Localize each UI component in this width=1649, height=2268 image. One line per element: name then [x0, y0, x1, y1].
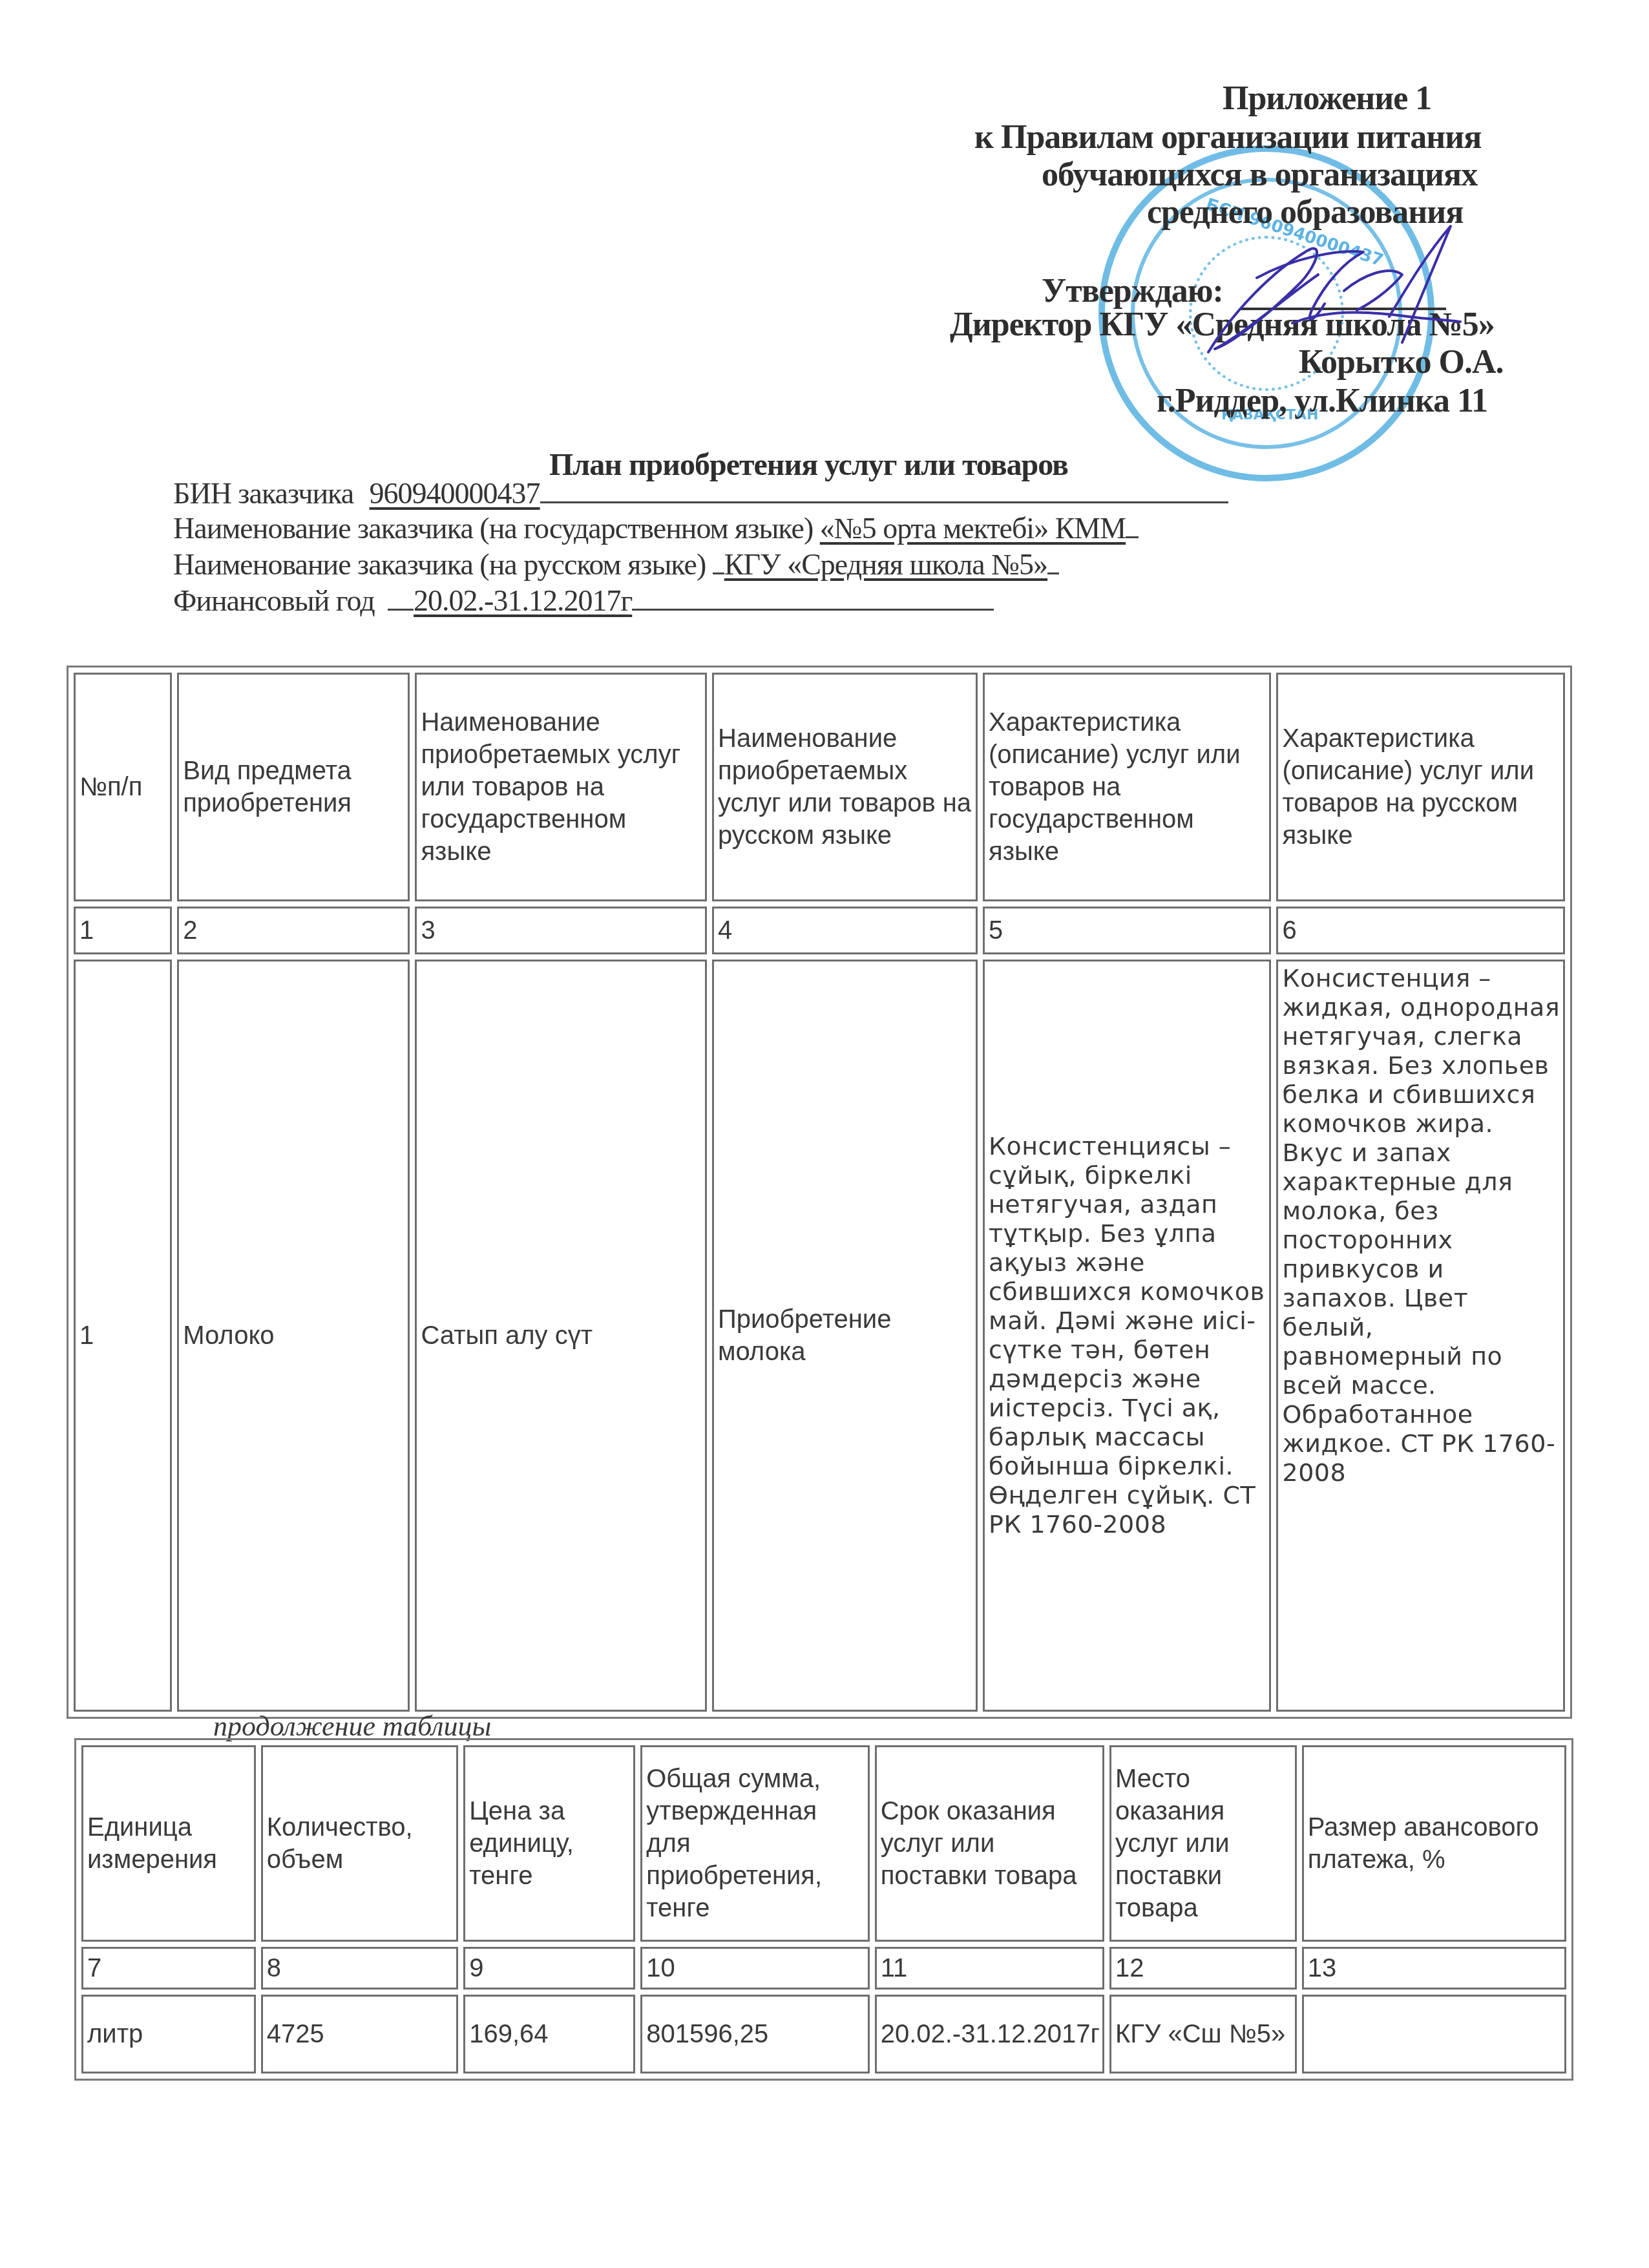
- fill-underline: [1126, 536, 1139, 538]
- item-description-ru: Консистенция – жидкая, однородная нетягу…: [1276, 960, 1565, 1712]
- customer-bin-value: 960940000437: [370, 477, 540, 510]
- table-row: литр 4725 169,64 801596,25 20.02.-31.12.…: [81, 1995, 1566, 2074]
- column-number: 8: [261, 1947, 459, 1990]
- delivery-place: КГУ «Сш №5»: [1109, 1995, 1297, 2074]
- rules-reference-line-2: обучающихся в организациях: [1042, 155, 1649, 195]
- appendix-title: Приложение 1: [1223, 79, 1649, 119]
- delivery-term: 20.02.-31.12.2017г: [875, 1995, 1104, 2074]
- subject-type: Молоко: [177, 960, 410, 1712]
- column-number: 13: [1302, 1947, 1566, 1990]
- header-cell-total-amount: Общая сумма, утвержденная для приобретен…: [640, 1745, 869, 1942]
- header-cell-advance-payment: Размер авансового платежа, %: [1302, 1745, 1566, 1942]
- item-description-kz: Консистенциясы – сұйық, біркелкі нетягуч…: [983, 960, 1271, 1712]
- table-header-row: Единица измерения Количество, объем Цена…: [81, 1745, 1566, 1942]
- header-cell-description-kz: Характеристика (описание) услуг или това…: [983, 673, 1271, 901]
- header-cell-name-ru: Наименование приобретаемых услуг или тов…: [712, 673, 978, 901]
- item-name-kz: Сатып алу сүт: [415, 960, 707, 1712]
- column-number-row: 1 2 3 4 5 6: [74, 907, 1565, 954]
- customer-name-kz-value: «№5 орта мектебі» КММ: [820, 512, 1126, 545]
- column-number: 6: [1276, 907, 1565, 954]
- column-number: 9: [463, 1947, 635, 1990]
- header-cell-name-kz: Наименование приобретаемых услуг или тов…: [415, 673, 707, 901]
- row-number: 1: [74, 960, 172, 1712]
- continuation-table: Единица измерения Количество, объем Цена…: [74, 1738, 1573, 2081]
- total-amount: 801596,25: [640, 1995, 869, 2074]
- fiscal-year-label: Финансовый год: [173, 584, 375, 617]
- procurement-plan-table: №п/п Вид предмета приобретения Наименова…: [67, 666, 1572, 1719]
- unit-price: 169,64: [463, 1995, 635, 2074]
- header-cell-delivery-place: Место оказания услуг или поставки товара: [1109, 1745, 1297, 1942]
- column-number: 12: [1109, 1947, 1297, 1990]
- column-number: 2: [177, 907, 410, 954]
- director-name: Корытко О.А.: [1299, 342, 1649, 383]
- column-number: 7: [81, 1947, 256, 1990]
- column-number: 11: [875, 1947, 1104, 1990]
- fill-underline: [632, 608, 994, 611]
- advance-payment: [1302, 1995, 1566, 2074]
- director-address: г.Риддер, ул.Клинка 11: [1157, 381, 1649, 421]
- quantity: 4725: [261, 1995, 459, 2074]
- rules-reference-line-1: к Правилам организации питания: [974, 118, 1649, 158]
- column-number: 1: [74, 907, 172, 954]
- header-cell-delivery-term: Срок оказания услуг или поставки товара: [875, 1745, 1104, 1942]
- table-row: 1 Молоко Сатып алу сүт Приобретение моло…: [74, 960, 1565, 1712]
- fill-underline: [388, 608, 414, 611]
- director-position: Директор КГУ «Средняя школа №5»: [950, 305, 1649, 345]
- customer-bin-label: БИН заказчика: [173, 477, 353, 510]
- column-number: 3: [415, 907, 707, 954]
- table-header-row: №п/п Вид предмета приобретения Наименова…: [74, 673, 1565, 901]
- customer-bin-line: БИН заказчика 960940000437: [173, 476, 1228, 512]
- fiscal-year-line: Финансовый год 20.02.-31.12.2017г: [173, 583, 994, 619]
- column-number: 5: [983, 907, 1271, 954]
- header-cell-description-ru: Характеристика (описание) услуг или това…: [1276, 673, 1565, 901]
- column-number-row: 7 8 9 10 11 12 13: [81, 1947, 1566, 1990]
- header-cell-quantity: Количество, объем: [261, 1745, 459, 1942]
- header-cell-number: №п/п: [74, 673, 172, 901]
- customer-name-ru-line: Наименование заказчика (на русском языке…: [173, 547, 1059, 583]
- fill-underline: [540, 501, 1228, 503]
- fill-underline: [713, 572, 724, 574]
- column-number: 4: [712, 907, 978, 954]
- fill-underline: [1047, 572, 1059, 574]
- column-number: 10: [640, 1947, 869, 1990]
- customer-name-ru-value: КГУ «Средняя школа №5»: [724, 548, 1047, 581]
- customer-name-kz-label: Наименование заказчика (на государственн…: [173, 512, 813, 545]
- fiscal-year-value: 20.02.-31.12.2017г: [414, 584, 632, 617]
- customer-name-kz-line: Наименование заказчика (на государственн…: [173, 510, 1139, 547]
- header-cell-unit-price: Цена за единицу, тенге: [463, 1745, 635, 1942]
- header-cell-subject-type: Вид предмета приобретения: [177, 673, 410, 901]
- customer-name-ru-label: Наименование заказчика (на русском языке…: [173, 548, 706, 581]
- rules-reference-line-3: среднего образования: [1147, 193, 1649, 233]
- item-name-ru: Приобретение молока: [712, 960, 978, 1712]
- header-cell-unit: Единица измерения: [81, 1745, 256, 1942]
- unit-of-measure: литр: [81, 1995, 256, 2074]
